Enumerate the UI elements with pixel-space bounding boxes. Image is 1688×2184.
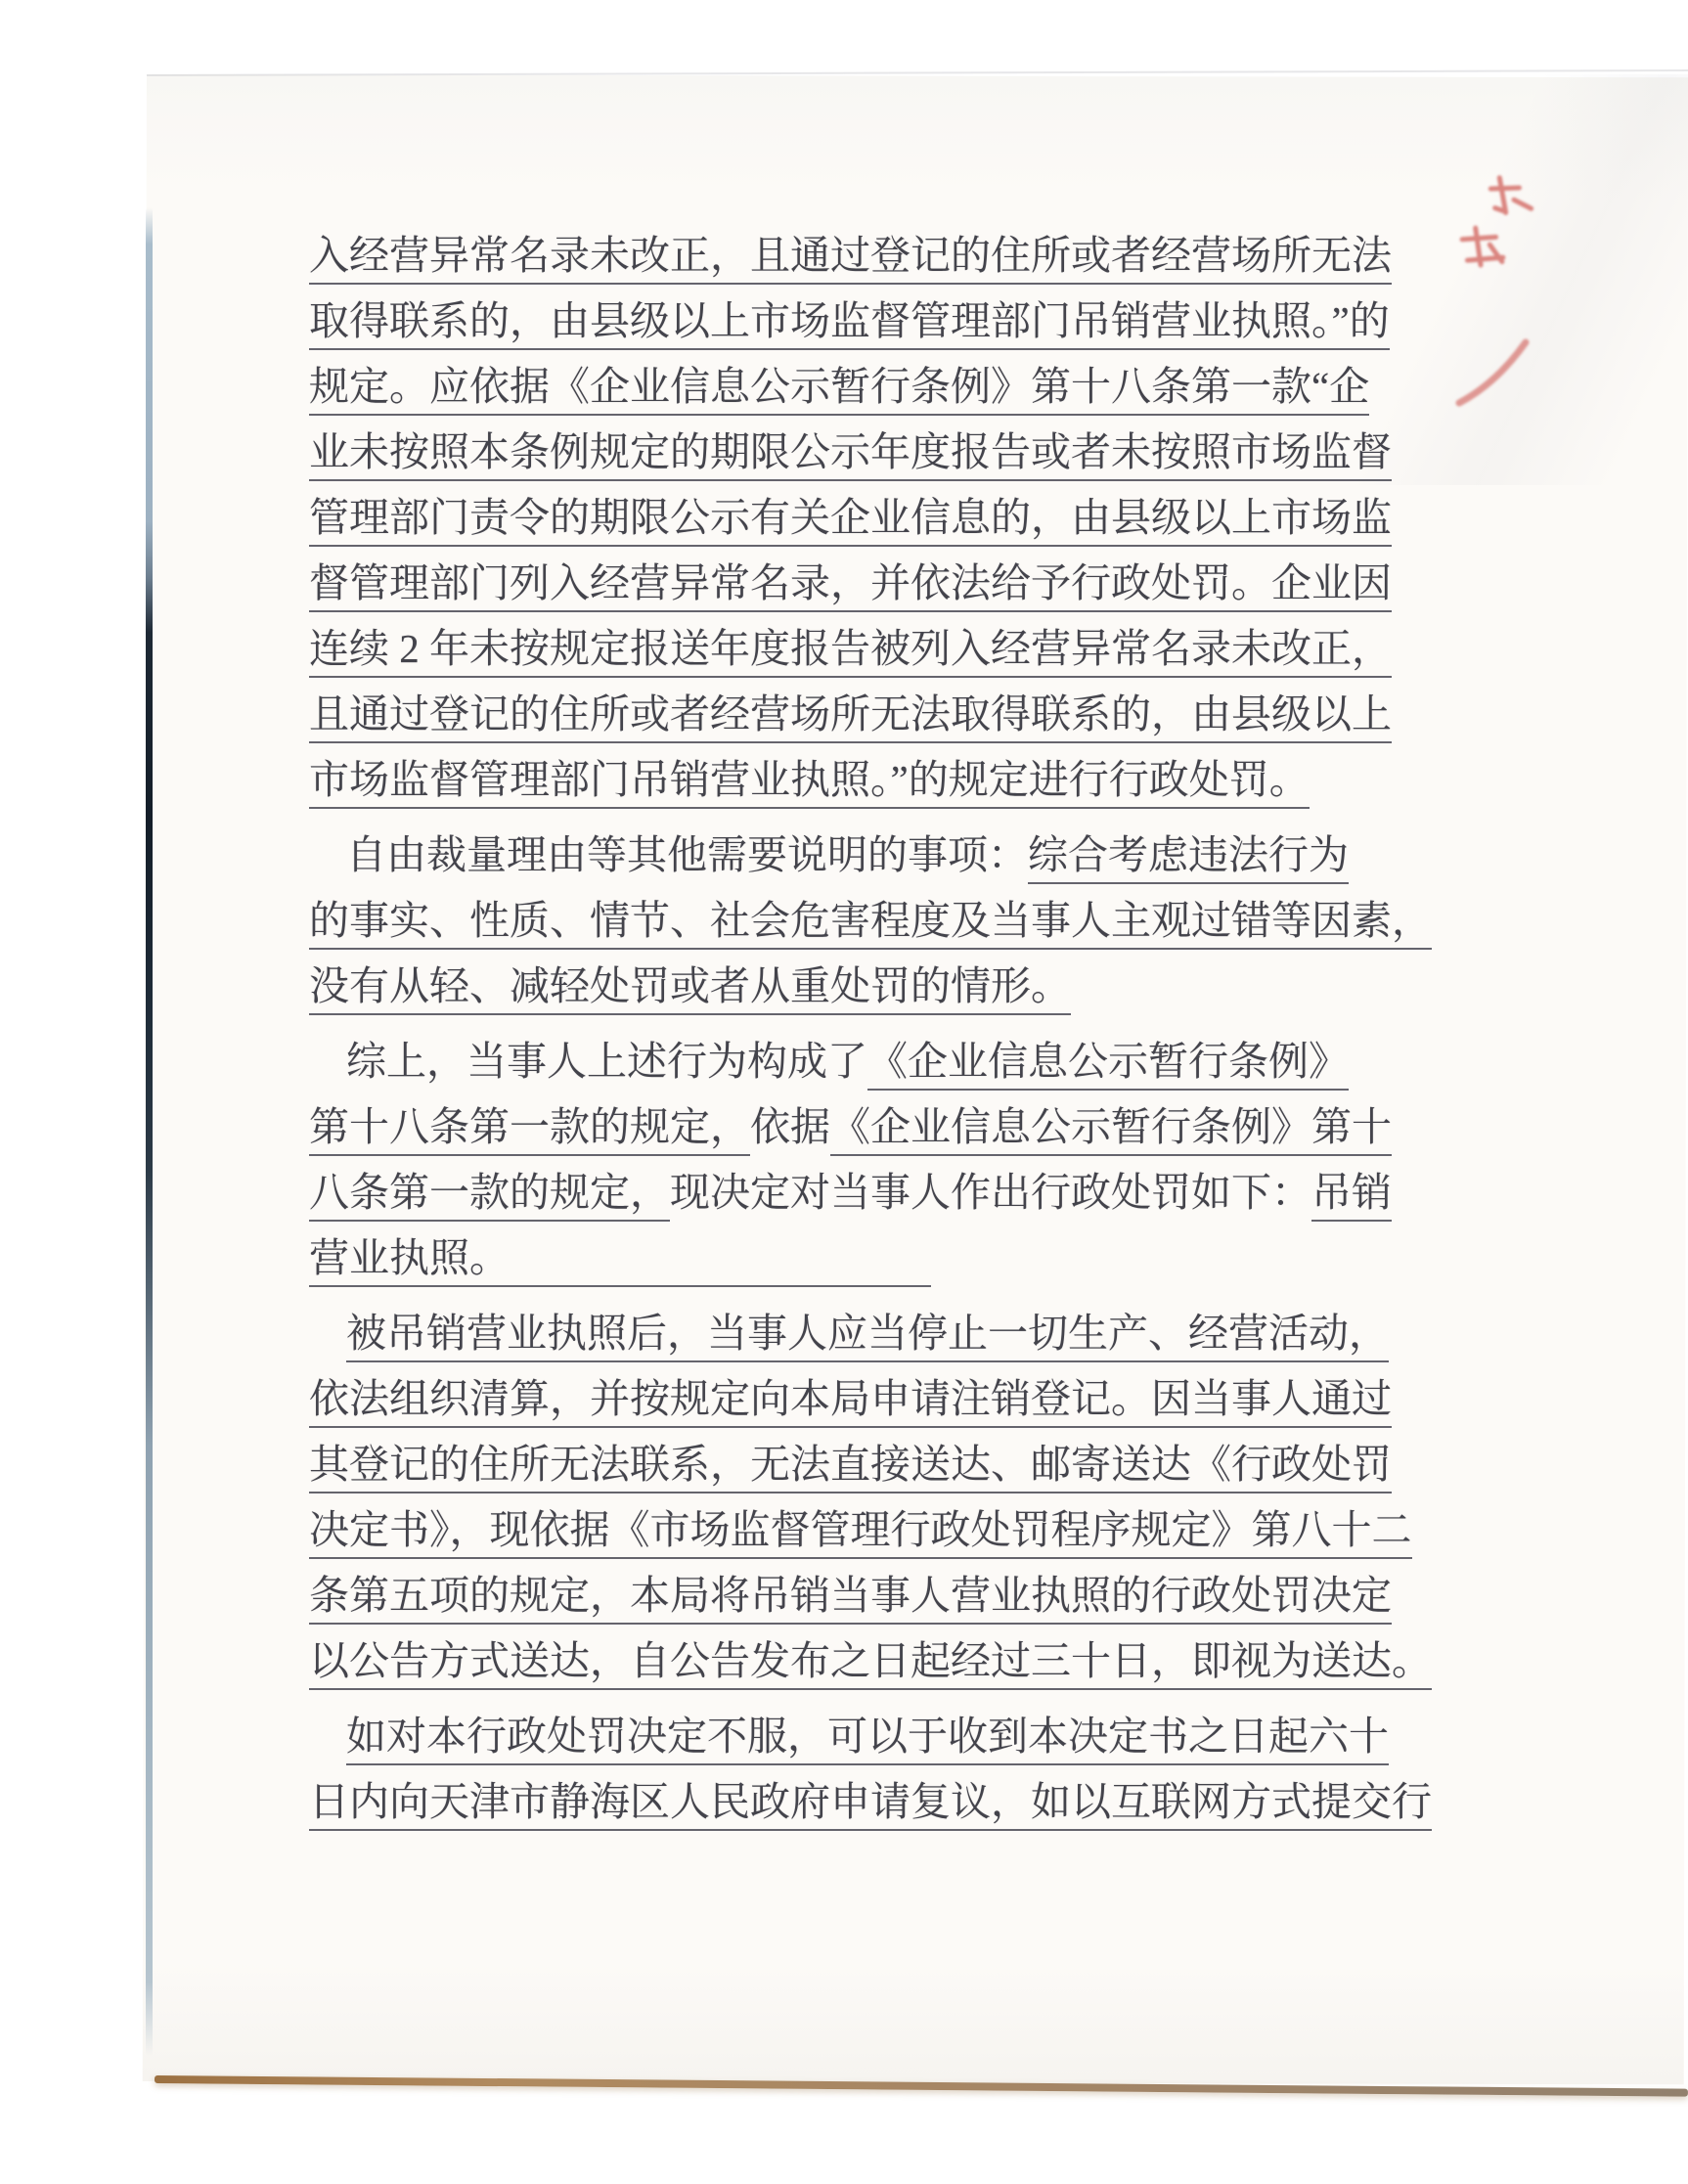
document-line: 督管理部门列入经营异常名录，并依法给予行政处罚。企业因 bbox=[309, 551, 1393, 616]
document-line: 被吊销营业执照后，当事人应当停止一切生产、经营活动， bbox=[309, 1301, 1393, 1366]
document-line: 规定。应依据《企业信息公示暂行条例》第十八条第一款“企 bbox=[309, 354, 1393, 420]
scanned-page: 入经营异常名录未改正，且通过登记的住所或者经营场所无法取得联系的，由县级以上市场… bbox=[0, 0, 1688, 2184]
underlined-text: 第十八条第一款的规定， bbox=[309, 1104, 750, 1156]
underlined-text: 营业执照。 bbox=[309, 1235, 490, 1287]
document-line: 八条第一款的规定，现决定对当事人作出行政处罚如下：吊销 bbox=[309, 1160, 1393, 1226]
document-line: 取得联系的，由县级以上市场监督管理部门吊销营业执照。”的 bbox=[309, 289, 1393, 354]
underlined-text: 其登记的住所无法联系，无法直接送达、邮寄送达《行政处罚 bbox=[309, 1442, 1392, 1493]
underlined-text: 如对本行政处罚决定不服，可以于收到本决定书之日起六十 bbox=[346, 1714, 1389, 1765]
text-run: 现决定对当事人作出行政处罚如下： bbox=[670, 1170, 1311, 1215]
document-line: 如对本行政处罚决定不服，可以于收到本决定书之日起六十 bbox=[309, 1704, 1393, 1769]
document-line: 没有从轻、减轻处罚或者从重处罚的情形。 bbox=[309, 954, 1393, 1019]
document-line: 管理部门责令的期限公示有关企业信息的，由县级以上市场监 bbox=[309, 485, 1393, 551]
text-run: 依据 bbox=[750, 1104, 830, 1149]
underlined-text: 八条第一款的规定， bbox=[309, 1170, 670, 1222]
underlined-text: 综合考虑违法行为 bbox=[1028, 832, 1349, 884]
document-line: 条第五项的规定，本局将吊销当事人营业执照的行政处罚决定 bbox=[309, 1563, 1393, 1628]
underlined-text: 入经营异常名录未改正，且通过登记的住所或者经营场所无法 bbox=[309, 233, 1392, 285]
underlined-text: 日内向天津市静海区人民政府申请复议，如以互联网方式提交行 bbox=[309, 1779, 1432, 1831]
text-run: 自由裁量理由等其他需要说明的事项： bbox=[346, 832, 1028, 877]
underlined-text: 《企业信息公示暂行条例》 bbox=[867, 1039, 1349, 1091]
underlined-text: 的事实、性质、情节、社会危害程度及当事人主观过错等因素， bbox=[309, 898, 1432, 950]
document-line: 第十八条第一款的规定，依据《企业信息公示暂行条例》第十 bbox=[309, 1094, 1393, 1160]
document-line: 市场监督管理部门吊销营业执照。”的规定进行行政处罚。 bbox=[309, 747, 1393, 813]
underlined-text: 且通过登记的住所或者经营场所无法取得联系的，由县级以上 bbox=[309, 691, 1392, 743]
page-left-edge-shadow bbox=[146, 207, 153, 2056]
document-line: 其登记的住所无法联系，无法直接送达、邮寄送达《行政处罚 bbox=[309, 1432, 1393, 1497]
document-line: 综上，当事人上述行为构成了《企业信息公示暂行条例》 bbox=[309, 1029, 1393, 1094]
document-line: 决定书》，现依据《市场监督管理行政处罚程序规定》第八十二 bbox=[309, 1497, 1393, 1563]
document-line: 连续 2 年未按规定报送年度报告被列入经营异常名录未改正， bbox=[309, 616, 1393, 682]
document-line: 入经营异常名录未改正，且通过登记的住所或者经营场所无法 bbox=[309, 223, 1393, 289]
underlined-text: 督管理部门列入经营异常名录，并依法给予行政处罚。企业因 bbox=[309, 560, 1392, 612]
document-line: 业未按照本条例规定的期限公示年度报告或者未按照市场监督 bbox=[309, 420, 1393, 485]
document-line: 且通过登记的住所或者经营场所无法取得联系的，由县级以上 bbox=[309, 682, 1393, 747]
document-line: 以公告方式送达，自公告发布之日起经过三十日，即视为送达。 bbox=[309, 1628, 1393, 1694]
underlined-text: 吊销 bbox=[1311, 1170, 1392, 1222]
underlined-text: 取得联系的，由县级以上市场监督管理部门吊销营业执照。”的 bbox=[309, 298, 1390, 350]
document-line: 的事实、性质、情节、社会危害程度及当事人主观过错等因素， bbox=[309, 888, 1393, 954]
document-line: 营业执照。 bbox=[309, 1226, 1393, 1291]
document-body: 入经营异常名录未改正，且通过登记的住所或者经营场所无法取得联系的，由县级以上市场… bbox=[309, 223, 1393, 1835]
document-line: 日内向天津市静海区人民政府申请复议，如以互联网方式提交行 bbox=[309, 1769, 1393, 1835]
underlined-text: 决定书》，现依据《市场监督管理行政处罚程序规定》第八十二 bbox=[309, 1507, 1412, 1559]
underlined-text: 《企业信息公示暂行条例》第十 bbox=[830, 1104, 1392, 1156]
underlined-text: 管理部门责令的期限公示有关企业信息的，由县级以上市场监 bbox=[309, 495, 1392, 547]
document-line: 自由裁量理由等其他需要说明的事项：综合考虑违法行为 bbox=[309, 823, 1393, 888]
document-line: 依法组织清算，并按规定向本局申请注销登记。因当事人通过 bbox=[309, 1366, 1393, 1432]
underlined-text: 以公告方式送达，自公告发布之日起经过三十日，即视为送达。 bbox=[309, 1638, 1432, 1690]
underlined-text: 依法组织清算，并按规定向本局申请注销登记。因当事人通过 bbox=[309, 1376, 1392, 1428]
underlined-text: 被吊销营业执照后，当事人应当停止一切生产、经营活动， bbox=[346, 1311, 1389, 1362]
underlined-text: 业未按照本条例规定的期限公示年度报告或者未按照市场监督 bbox=[309, 429, 1392, 481]
underlined-text bbox=[490, 1235, 931, 1287]
underlined-text: 条第五项的规定，本局将吊销当事人营业执照的行政处罚决定 bbox=[309, 1573, 1392, 1625]
underlined-text: 规定。应依据《企业信息公示暂行条例》第十八条第一款“企 bbox=[309, 364, 1369, 416]
official-seal-partial-icon bbox=[1399, 117, 1672, 430]
underlined-text: 连续 2 年未按规定报送年度报告被列入经营异常名录未改正， bbox=[309, 626, 1392, 678]
text-run: 综上，当事人上述行为构成了 bbox=[346, 1039, 867, 1084]
underlined-text: 市场监督管理部门吊销营业执照。”的规定进行行政处罚。 bbox=[309, 757, 1310, 809]
underlined-text: 没有从轻、减轻处罚或者从重处罚的情形。 bbox=[309, 963, 1071, 1015]
